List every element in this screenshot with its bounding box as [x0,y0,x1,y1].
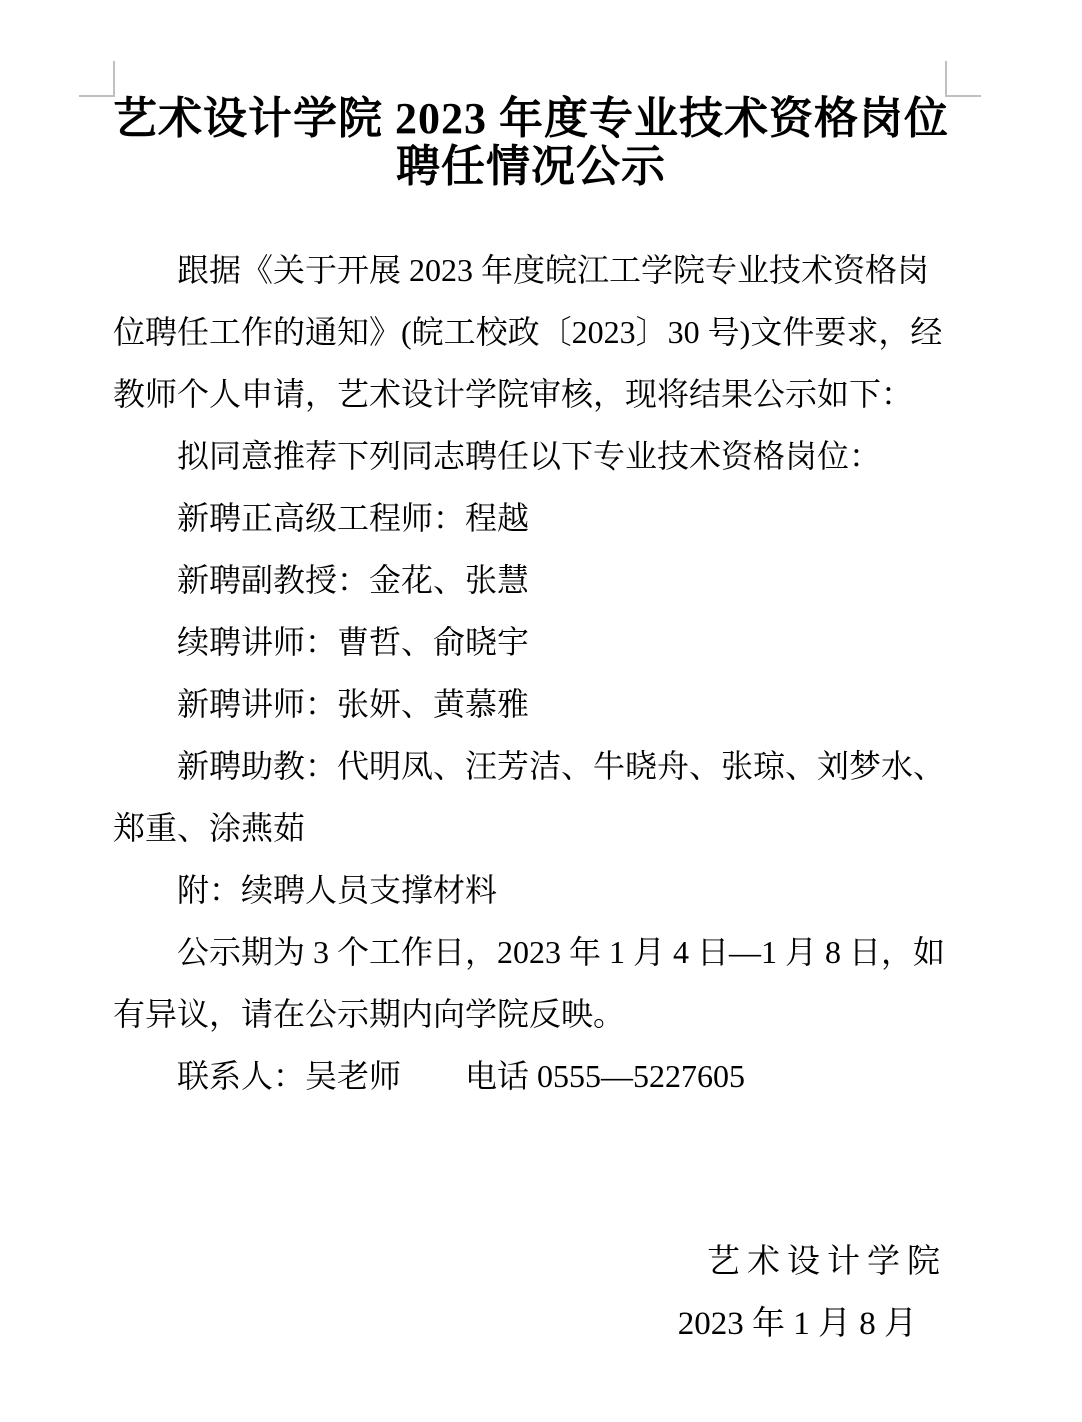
document-title-line1: 艺术设计学院 2023 年度专业技术资格岗位 [113,95,949,143]
body-line: 附：续聘人员支撑材料 [113,859,949,921]
body-line: 教师个人申请，艺术设计学院审核，现将结果公示如下： [113,363,949,425]
document-title-line2: 聘任情况公示 [113,143,949,191]
body-line: 新聘助教：代明凤、汪芳洁、牛晓舟、张琼、刘梦水、 [113,735,949,797]
margin-crop-mark-right [945,61,981,97]
signature-block: 艺术设计学院 2023 年 1 月 8 月 [113,1231,949,1355]
body-line: 有异议，请在公示期内向学院反映。 [113,983,949,1045]
body-line: 郑重、涂燕茹 [113,797,949,859]
body-line: 新聘副教授：金花、张慧 [113,549,949,611]
body-line: 公示期为 3 个工作日，2023 年 1 月 4 日—1 月 8 日，如 [113,921,949,983]
body-line: 联系人：吴老师 电话 0555—5227605 [113,1045,949,1107]
body-line: 拟同意推荐下列同志聘任以下专业技术资格岗位： [113,425,949,487]
document-content: 艺术设计学院 2023 年度专业技术资格岗位 聘任情况公示 跟据《关于开展 20… [113,95,949,1355]
signature-date: 2023 年 1 月 8 月 [113,1293,949,1355]
body-line: 续聘讲师：曹哲、俞晓宇 [113,611,949,673]
document-title: 艺术设计学院 2023 年度专业技术资格岗位 聘任情况公示 [113,95,949,191]
signature-department: 艺术设计学院 [113,1231,949,1293]
document-body: 跟据《关于开展 2023 年度皖江工学院专业技术资格岗 位聘任工作的通知》(皖工… [113,239,949,1107]
body-line: 跟据《关于开展 2023 年度皖江工学院专业技术资格岗 [113,239,949,301]
document-page: 艺术设计学院 2023 年度专业技术资格岗位 聘任情况公示 跟据《关于开展 20… [0,0,1082,1422]
body-line: 位聘任工作的通知》(皖工校政〔2023〕30 号)文件要求，经 [113,301,949,363]
body-line: 新聘讲师：张妍、黄慕雅 [113,673,949,735]
margin-crop-mark-left [79,61,115,97]
body-line: 新聘正高级工程师：程越 [113,487,949,549]
